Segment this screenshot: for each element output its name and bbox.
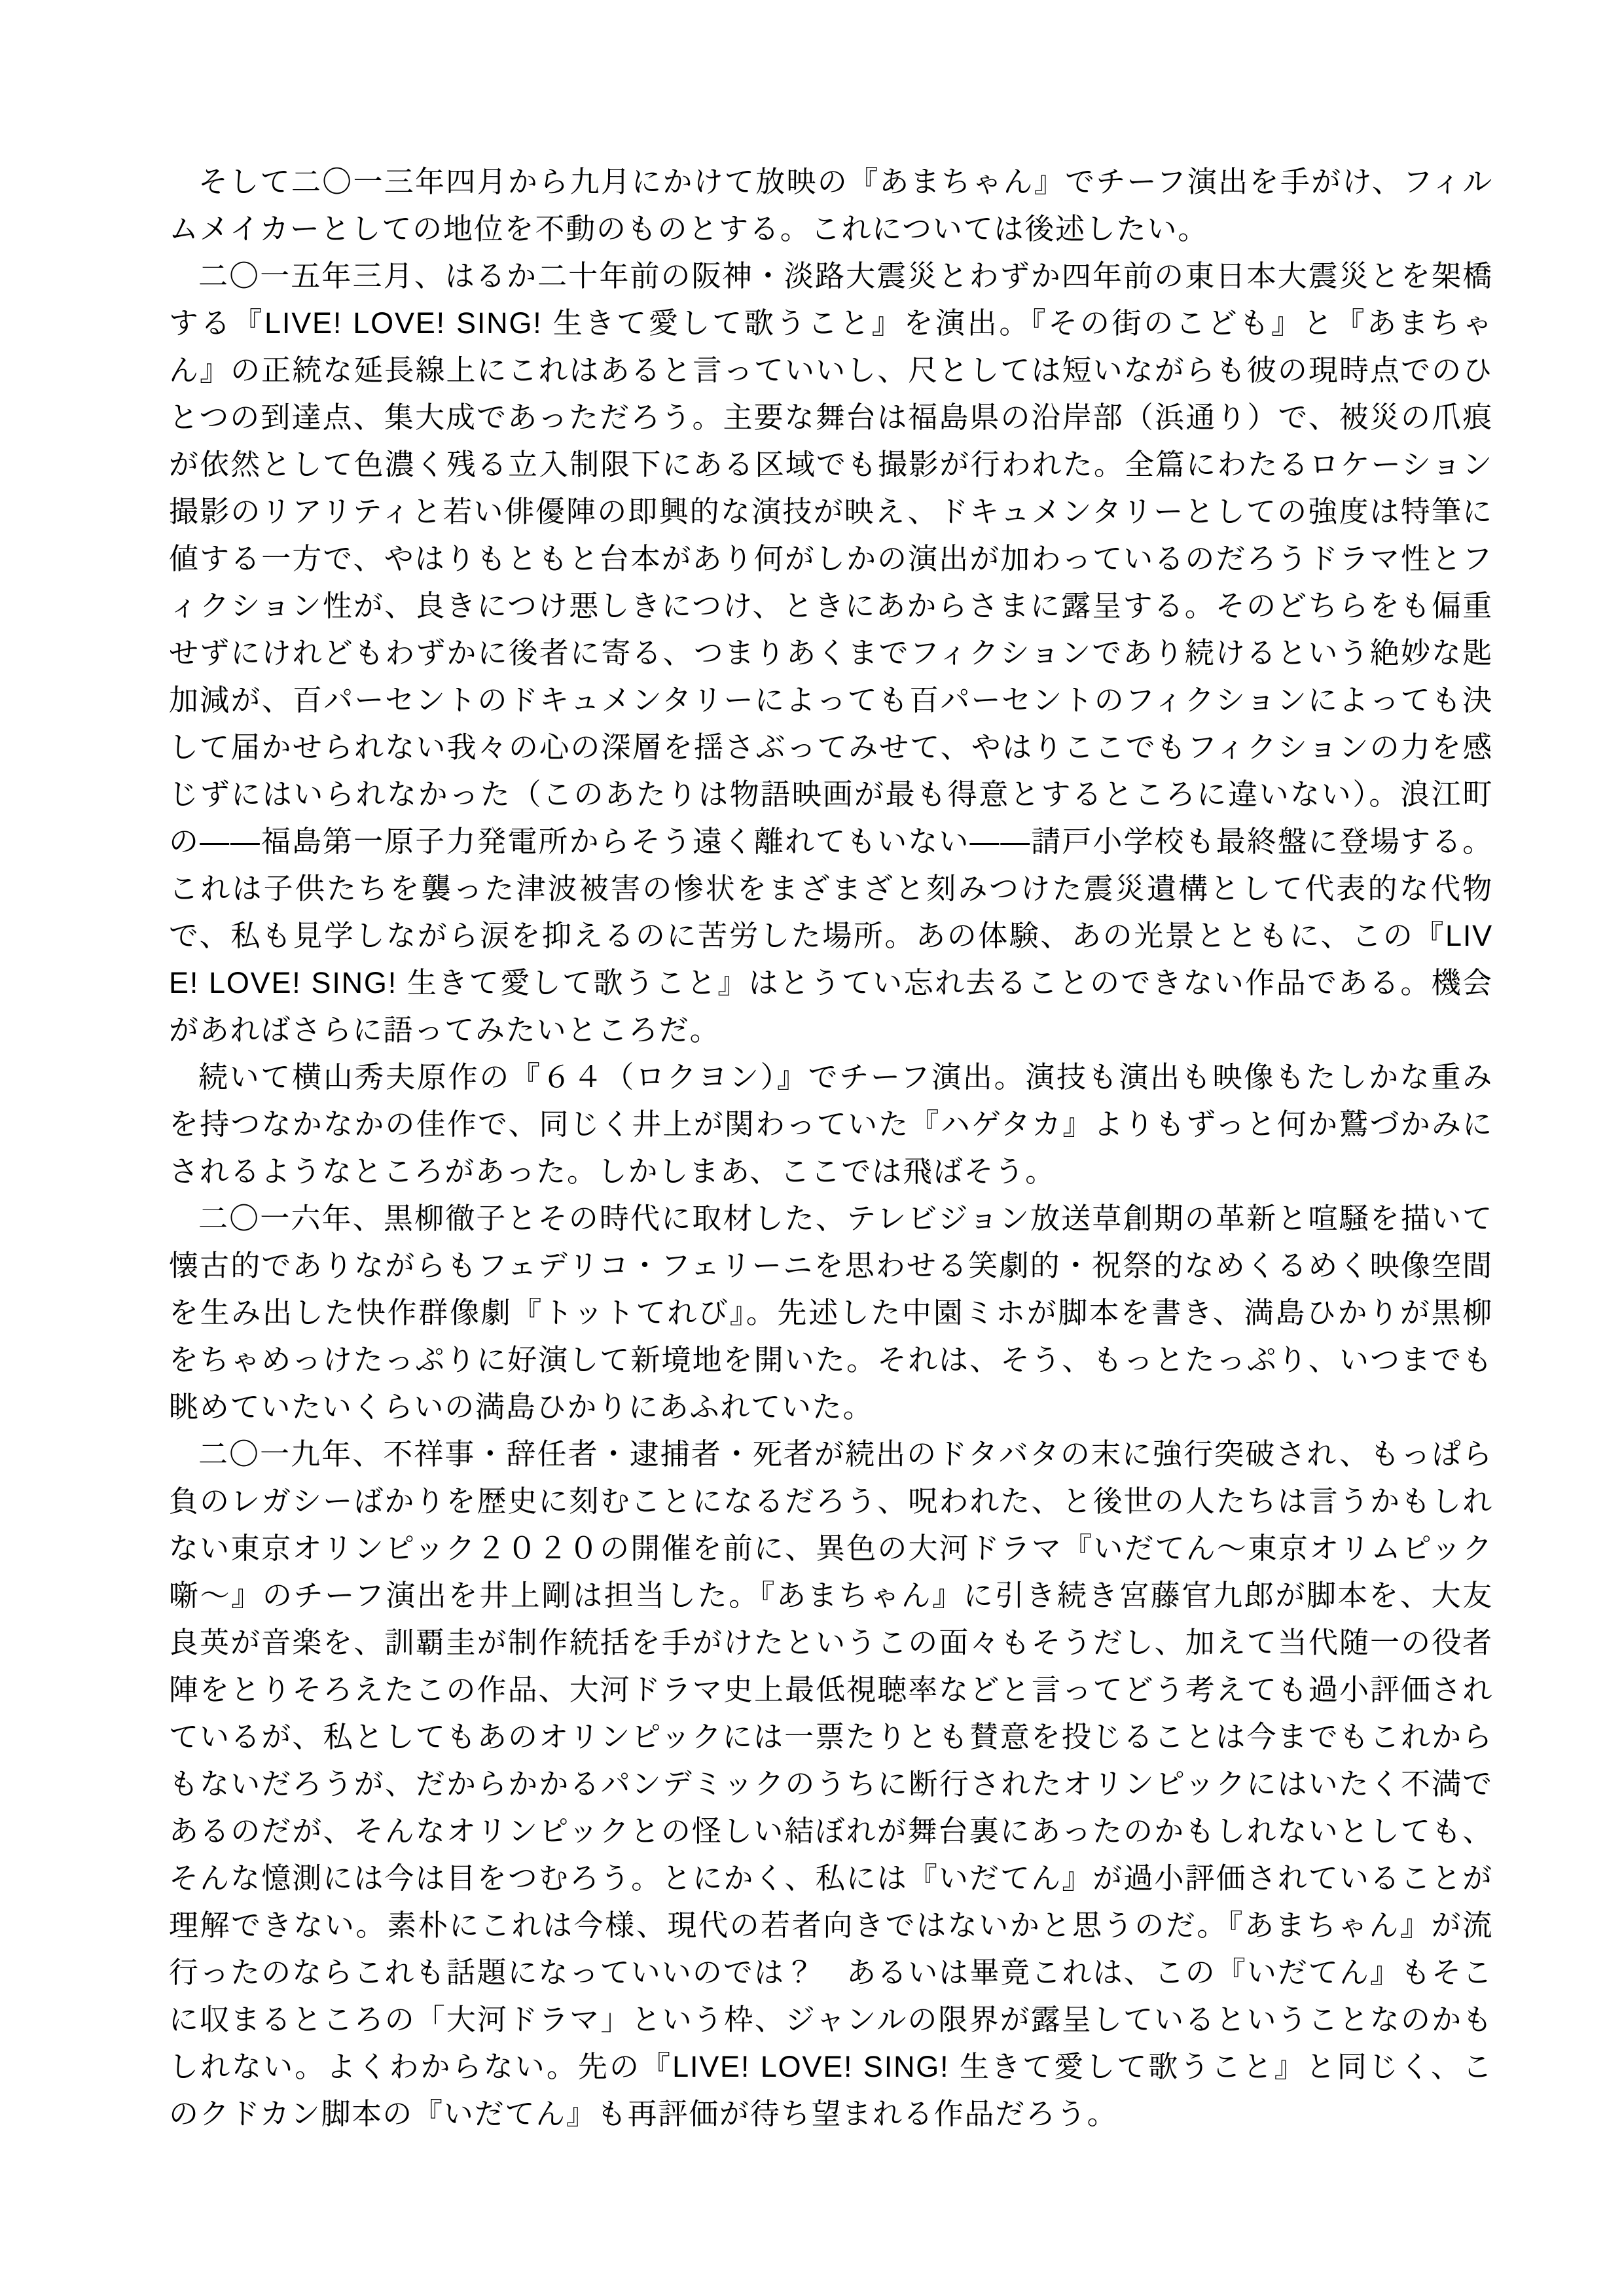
paragraph-1: そして二〇一三年四月から九月にかけて放映の『あまちゃん』でチーフ演出を手がけ、フ… bbox=[169, 158, 1493, 253]
document-body-text: そして二〇一三年四月から九月にかけて放映の『あまちゃん』でチーフ演出を手がけ、フ… bbox=[169, 158, 1493, 2138]
document-page: そして二〇一三年四月から九月にかけて放映の『あまちゃん』でチーフ演出を手がけ、フ… bbox=[0, 0, 1624, 2296]
paragraph-3: 続いて横山秀夫原作の『６４（ロクヨン）』でチーフ演出。演技も演出も映像もたしかな… bbox=[169, 1054, 1493, 1195]
paragraph-2: 二〇一五年三月、はるか二十年前の阪神・淡路大震災とわずか四年前の東日本大震災とを… bbox=[169, 253, 1493, 1054]
paragraph-5: 二〇一九年、不祥事・辞任者・逮捕者・死者が続出のドタバタの末に強行突破され、もっ… bbox=[169, 1431, 1493, 2138]
paragraph-4: 二〇一六年、黒柳徹子とその時代に取材した、テレビジョン放送草創期の革新と喧騒を描… bbox=[169, 1195, 1493, 1431]
